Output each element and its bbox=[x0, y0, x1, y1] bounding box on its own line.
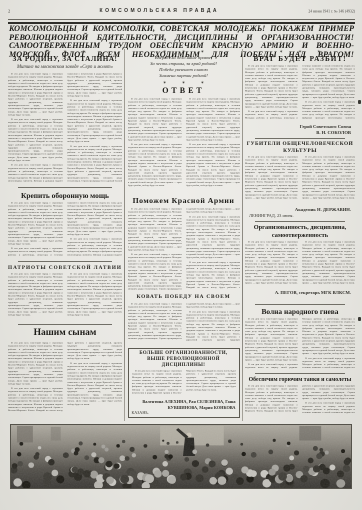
article-body-kovat: В эти дни весь советский народ с огромны… bbox=[128, 303, 240, 345]
article-body-latvia: В эти дни весь советский народ с огромны… bbox=[8, 273, 122, 321]
headline-za-rodinu-za-stalina: ЗА РОДИНУ, ЗА СТАЛИНА! bbox=[8, 54, 122, 65]
star-divider: ✶ ✶ ✶ bbox=[128, 49, 240, 54]
article-divider bbox=[255, 373, 345, 374]
patriotic-verse: Вперед! За дело наше правое, За честь ст… bbox=[128, 55, 240, 79]
microtext: В эти дни весь советский народ с огромны… bbox=[8, 73, 122, 184]
article-divider bbox=[255, 138, 345, 139]
article-divider bbox=[18, 187, 112, 188]
signature-name: В. Н. СОКОЛОВ bbox=[245, 130, 355, 136]
rally-photo bbox=[10, 424, 352, 489]
headline-volna-gneva: Волна народного гнева bbox=[245, 307, 355, 317]
middle-column: ✶ ✶ ✶ Вперед! За дело наше правое, За че… bbox=[128, 49, 240, 423]
microtext: В эти дни весь советский народ с огромны… bbox=[8, 202, 122, 258]
microtext: В эти дни весь советский народ с огромны… bbox=[128, 98, 240, 194]
microtext: В эти дни весь советский народ с огромны… bbox=[8, 273, 122, 321]
column-rule bbox=[242, 49, 243, 421]
article-body-volna: В эти дни весь советский народ с огромны… bbox=[245, 318, 355, 370]
page-number: 2 bbox=[8, 9, 10, 14]
microtext: В эти дни весь советский народ с огромны… bbox=[128, 208, 240, 292]
headline-pomozhem-krasnoi-armii: Поможем Красной Армии bbox=[128, 195, 240, 207]
column-rule bbox=[124, 49, 125, 421]
microtext: В эти дни весь советский народ с огромны… bbox=[245, 156, 355, 206]
headline-patrioty-sovetskoi-latvii: ПАТРИОТЫ СОВЕТСКОЙ ЛАТВИИ bbox=[8, 264, 122, 272]
microtext: В эти дни весь советский народ с огромны… bbox=[245, 241, 355, 289]
subtitle-rally-serp-i-molot: Митинг на московском заводе «Серп и моло… bbox=[8, 65, 122, 72]
box-body: В эти дни весь советский народ с огромны… bbox=[132, 370, 236, 398]
microtext: В эти дни весь советский народ с огромны… bbox=[245, 318, 355, 370]
microtext: В эти дни весь советский народ с огромны… bbox=[132, 370, 236, 398]
masthead-row: 2 КОМСОМОЛЬСКАЯ ПРАВДА 24 июня 1941 г. №… bbox=[8, 8, 355, 14]
issue-date: 24 июня 1941 г. № 146 (4932) bbox=[308, 9, 355, 14]
columns-area: ✶ ✶ ✶ ЗА РОДИНУ, ЗА СТАЛИНА! Митинг на м… bbox=[8, 49, 355, 423]
article-body-kirovtsy: В эти дни весь советский народ с огромны… bbox=[128, 98, 240, 194]
article-body-za-rodinu: В эти дни весь советский народ с огромны… bbox=[8, 73, 122, 184]
headline-gubiteli-line2: КУЛЬТУРЫ bbox=[245, 148, 355, 155]
article-body-pomozhem: В эти дни весь советский народ с огромны… bbox=[128, 208, 240, 292]
box-dateline: КАЗАНЬ. bbox=[132, 410, 236, 415]
article-body-krepit: В эти дни весь советский народ с огромны… bbox=[8, 202, 122, 258]
headline-gubiteli-line1: ГУБИТЕЛИ ОБЩЕЧЕЛОВЕЧЕСКОЙ bbox=[245, 141, 355, 148]
headline-organizovannost-line1: Организованность, дисциплина, bbox=[245, 224, 355, 232]
headline-krepit-oboronnuyu-moshch: Крепить оборонную мощь bbox=[8, 190, 122, 201]
scan-artifact bbox=[358, 100, 361, 104]
newspaper-page: 2 КОМСОМОЛЬСКАЯ ПРАВДА 24 июня 1941 г. №… bbox=[0, 0, 362, 510]
photo-grain bbox=[11, 425, 351, 488]
microtext: В эти дни весь советский народ с огромны… bbox=[245, 385, 355, 415]
newspaper-title: КОМСОМОЛЬСКАЯ ПРАВДА bbox=[100, 8, 219, 14]
headline-obespechim-goryuchim: Обеспечим горючим танки и самолеты bbox=[245, 376, 355, 384]
article-divider bbox=[255, 304, 345, 305]
article-divider bbox=[18, 324, 112, 325]
headline-nashim-synam: Нашим сынам bbox=[8, 327, 122, 341]
rally-photo-image bbox=[11, 425, 351, 488]
microtext: В эти дни весь советский народ с огромны… bbox=[245, 65, 355, 123]
microtext: В эти дни весь советский народ с огромны… bbox=[128, 303, 240, 345]
masthead: 2 КОМСОМОЛЬСКАЯ ПРАВДА 24 июня 1941 г. №… bbox=[8, 8, 355, 19]
microtext: В эти дни весь советский народ с огромны… bbox=[8, 342, 122, 414]
verse-line: Знамена партии родной! bbox=[128, 73, 240, 79]
left-column: ✶ ✶ ✶ ЗА РОДИНУ, ЗА СТАЛИНА! Митинг на м… bbox=[8, 49, 122, 423]
signature-secretary: А. ПЕГОВ, секретарь МГК ВЛКСМ. bbox=[245, 290, 355, 302]
right-column: ✶ ✶ ✶ ВРАГ БУДЕТ РАЗБИТ! В эти дни весь … bbox=[245, 49, 355, 423]
headline-kovat-pobedu: КОВАТЬ ПОБЕДУ НА СВОЕМ ПОСТУ bbox=[128, 293, 240, 302]
article-divider bbox=[18, 261, 112, 262]
box-title-line2: ВЫШЕ РЕВОЛЮЦИОННОЙ ДИСЦИПЛИНЫ! bbox=[132, 357, 236, 369]
headline-otvet-kirovtsev: ОТВЕТ КИРОВЦЕВ bbox=[128, 85, 240, 97]
scan-artifact bbox=[358, 317, 361, 321]
article-body-org: В эти дни весь советский народ с огромны… bbox=[245, 241, 355, 289]
article-body-synam: В эти дни весь советский народ с огромны… bbox=[8, 342, 122, 414]
article-body-vrag: В эти дни весь советский народ с огромны… bbox=[245, 65, 355, 123]
headline-organizovannost-line2: самоотверженность bbox=[245, 232, 355, 240]
boxed-appeal: БОЛЬШЕ ОРГАНИЗОВАННОСТИ, ВЫШЕ РЕВОЛЮЦИОН… bbox=[128, 348, 240, 418]
article-body-gubiteli: В эти дни весь советский народ с огромны… bbox=[245, 156, 355, 206]
dateline-leningrad: ЛЕНИНГРАД, 23 июня. bbox=[245, 213, 355, 219]
box-signatures: Валентина АЛЕХИНА, Рая СЕЛЕЗНЕВА, Гаша К… bbox=[132, 399, 236, 410]
article-body-toplivo: В эти дни весь советский народ с огромны… bbox=[245, 385, 355, 415]
headline-vrag-budet-razbit: ВРАГ БУДЕТ РАЗБИТ! bbox=[245, 54, 355, 64]
article-divider bbox=[255, 221, 345, 222]
